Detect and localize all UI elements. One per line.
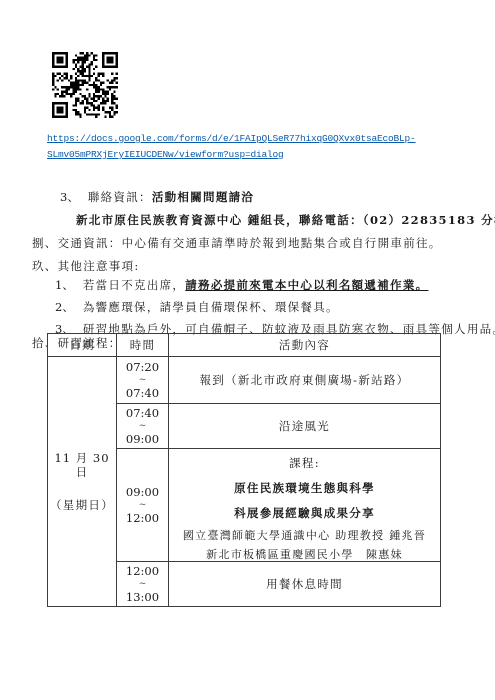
note-1-number: 1、 xyxy=(55,278,74,292)
time-separator: ~ xyxy=(117,374,168,387)
table-header-row: 日期 時間 活動內容 xyxy=(48,334,441,357)
form-link-line1[interactable]: https://docs.google.com/forms/d/e/1FAIpQ… xyxy=(47,133,416,144)
time-start: 12:00 xyxy=(117,565,168,578)
time-start: 09:00 xyxy=(117,486,168,499)
note-2-text: 為響應環保，請學員自備環保杯、環保餐具。 xyxy=(83,300,339,314)
note-1-emphasis: 請務必提前來電本中心以利名額遞補作業。 xyxy=(185,278,428,292)
time-end: 13:00 xyxy=(117,591,168,604)
time-start: 07:20 xyxy=(117,361,168,374)
time-end: 07:40 xyxy=(117,387,168,400)
header-date: 日期 xyxy=(48,334,117,357)
time-end: 12:00 xyxy=(117,512,168,525)
time-separator: ~ xyxy=(117,578,168,591)
activity-cell: 報到（新北市政府東側廣場-新站路） xyxy=(169,357,441,404)
contact-topic: 活動相關問題請洽 xyxy=(152,190,254,204)
time-start: 07:40 xyxy=(117,407,168,420)
time-cell: 07:40 ~ 09:00 xyxy=(117,404,169,449)
date-cell: 11 月 30 日 （星期日） xyxy=(48,357,117,607)
header-time: 時間 xyxy=(117,334,169,357)
course-label: 課程: xyxy=(169,456,440,470)
note-2-number: 2、 xyxy=(55,300,74,314)
activity-cell-course: 課程: 原住民族環境生態與科學 科展參展經驗與成果分享 國立臺灣師範大學通識中心… xyxy=(169,449,441,562)
time-separator: ~ xyxy=(117,420,168,433)
date-value: 11 月 30 日 xyxy=(48,451,116,479)
contact-item-number: 3、 xyxy=(60,190,79,204)
note-1-text: 若當日不克出席， xyxy=(83,278,185,292)
other-notes-heading: 玖、其他注意事項: xyxy=(32,258,140,274)
header-activity: 活動內容 xyxy=(169,334,441,357)
time-cell: 09:00 ~ 12:00 xyxy=(117,449,169,562)
qr-code-image xyxy=(52,52,118,118)
weekday-value: （星期日） xyxy=(48,498,116,512)
qr-code xyxy=(52,52,118,118)
activity-cell: 沿途風光 xyxy=(169,404,441,449)
contact-detail: 新北市原住民族教育資源中心 鍾組長，聯絡電話：（02）22835183 分機15… xyxy=(76,212,495,228)
course-title-2: 科展參展經驗與成果分享 xyxy=(169,506,440,520)
time-end: 09:00 xyxy=(117,433,168,446)
table-row: 11 月 30 日 （星期日） 07:20 ~ 07:40 報到（新北市政府東側… xyxy=(48,357,441,404)
form-link-line2[interactable]: SLmv05mPRXjEryIEIUCDENw/viewform?usp=dia… xyxy=(47,149,284,160)
form-link[interactable]: https://docs.google.com/forms/d/e/1FAIpQ… xyxy=(47,131,416,163)
instructor-1: 國立臺灣師範大學通識中心 助理教授 鍾兆晉 xyxy=(169,529,440,542)
schedule-table: 日期 時間 活動內容 11 月 30 日 （星期日） 07:20 ~ 07:40… xyxy=(47,333,441,607)
note-item-2: 2、為響應環保，請學員自備環保杯、環保餐具。 xyxy=(55,299,339,315)
time-separator: ~ xyxy=(117,499,168,512)
contact-label: 聯絡資訊： xyxy=(88,190,152,204)
instructor-2: 新北市板橋區重慶國民小學 陳惠妹 xyxy=(169,548,440,561)
document-page: https://docs.google.com/forms/d/e/1FAIpQ… xyxy=(0,0,495,700)
time-cell: 12:00 ~ 13:00 xyxy=(117,562,169,607)
course-title-1: 原住民族環境生態與科學 xyxy=(169,481,440,495)
time-cell: 07:20 ~ 07:40 xyxy=(117,357,169,404)
transport-info: 捌、交通資訊：中心備有交通車請準時於報到地點集合或自行開車前往。 xyxy=(32,235,442,251)
activity-cell: 用餐休息時間 xyxy=(169,562,441,607)
contact-info-heading: 3、聯絡資訊：活動相關問題請洽 xyxy=(60,189,254,205)
note-item-1: 1、若當日不克出席，請務必提前來電本中心以利名額遞補作業。 xyxy=(55,277,428,293)
